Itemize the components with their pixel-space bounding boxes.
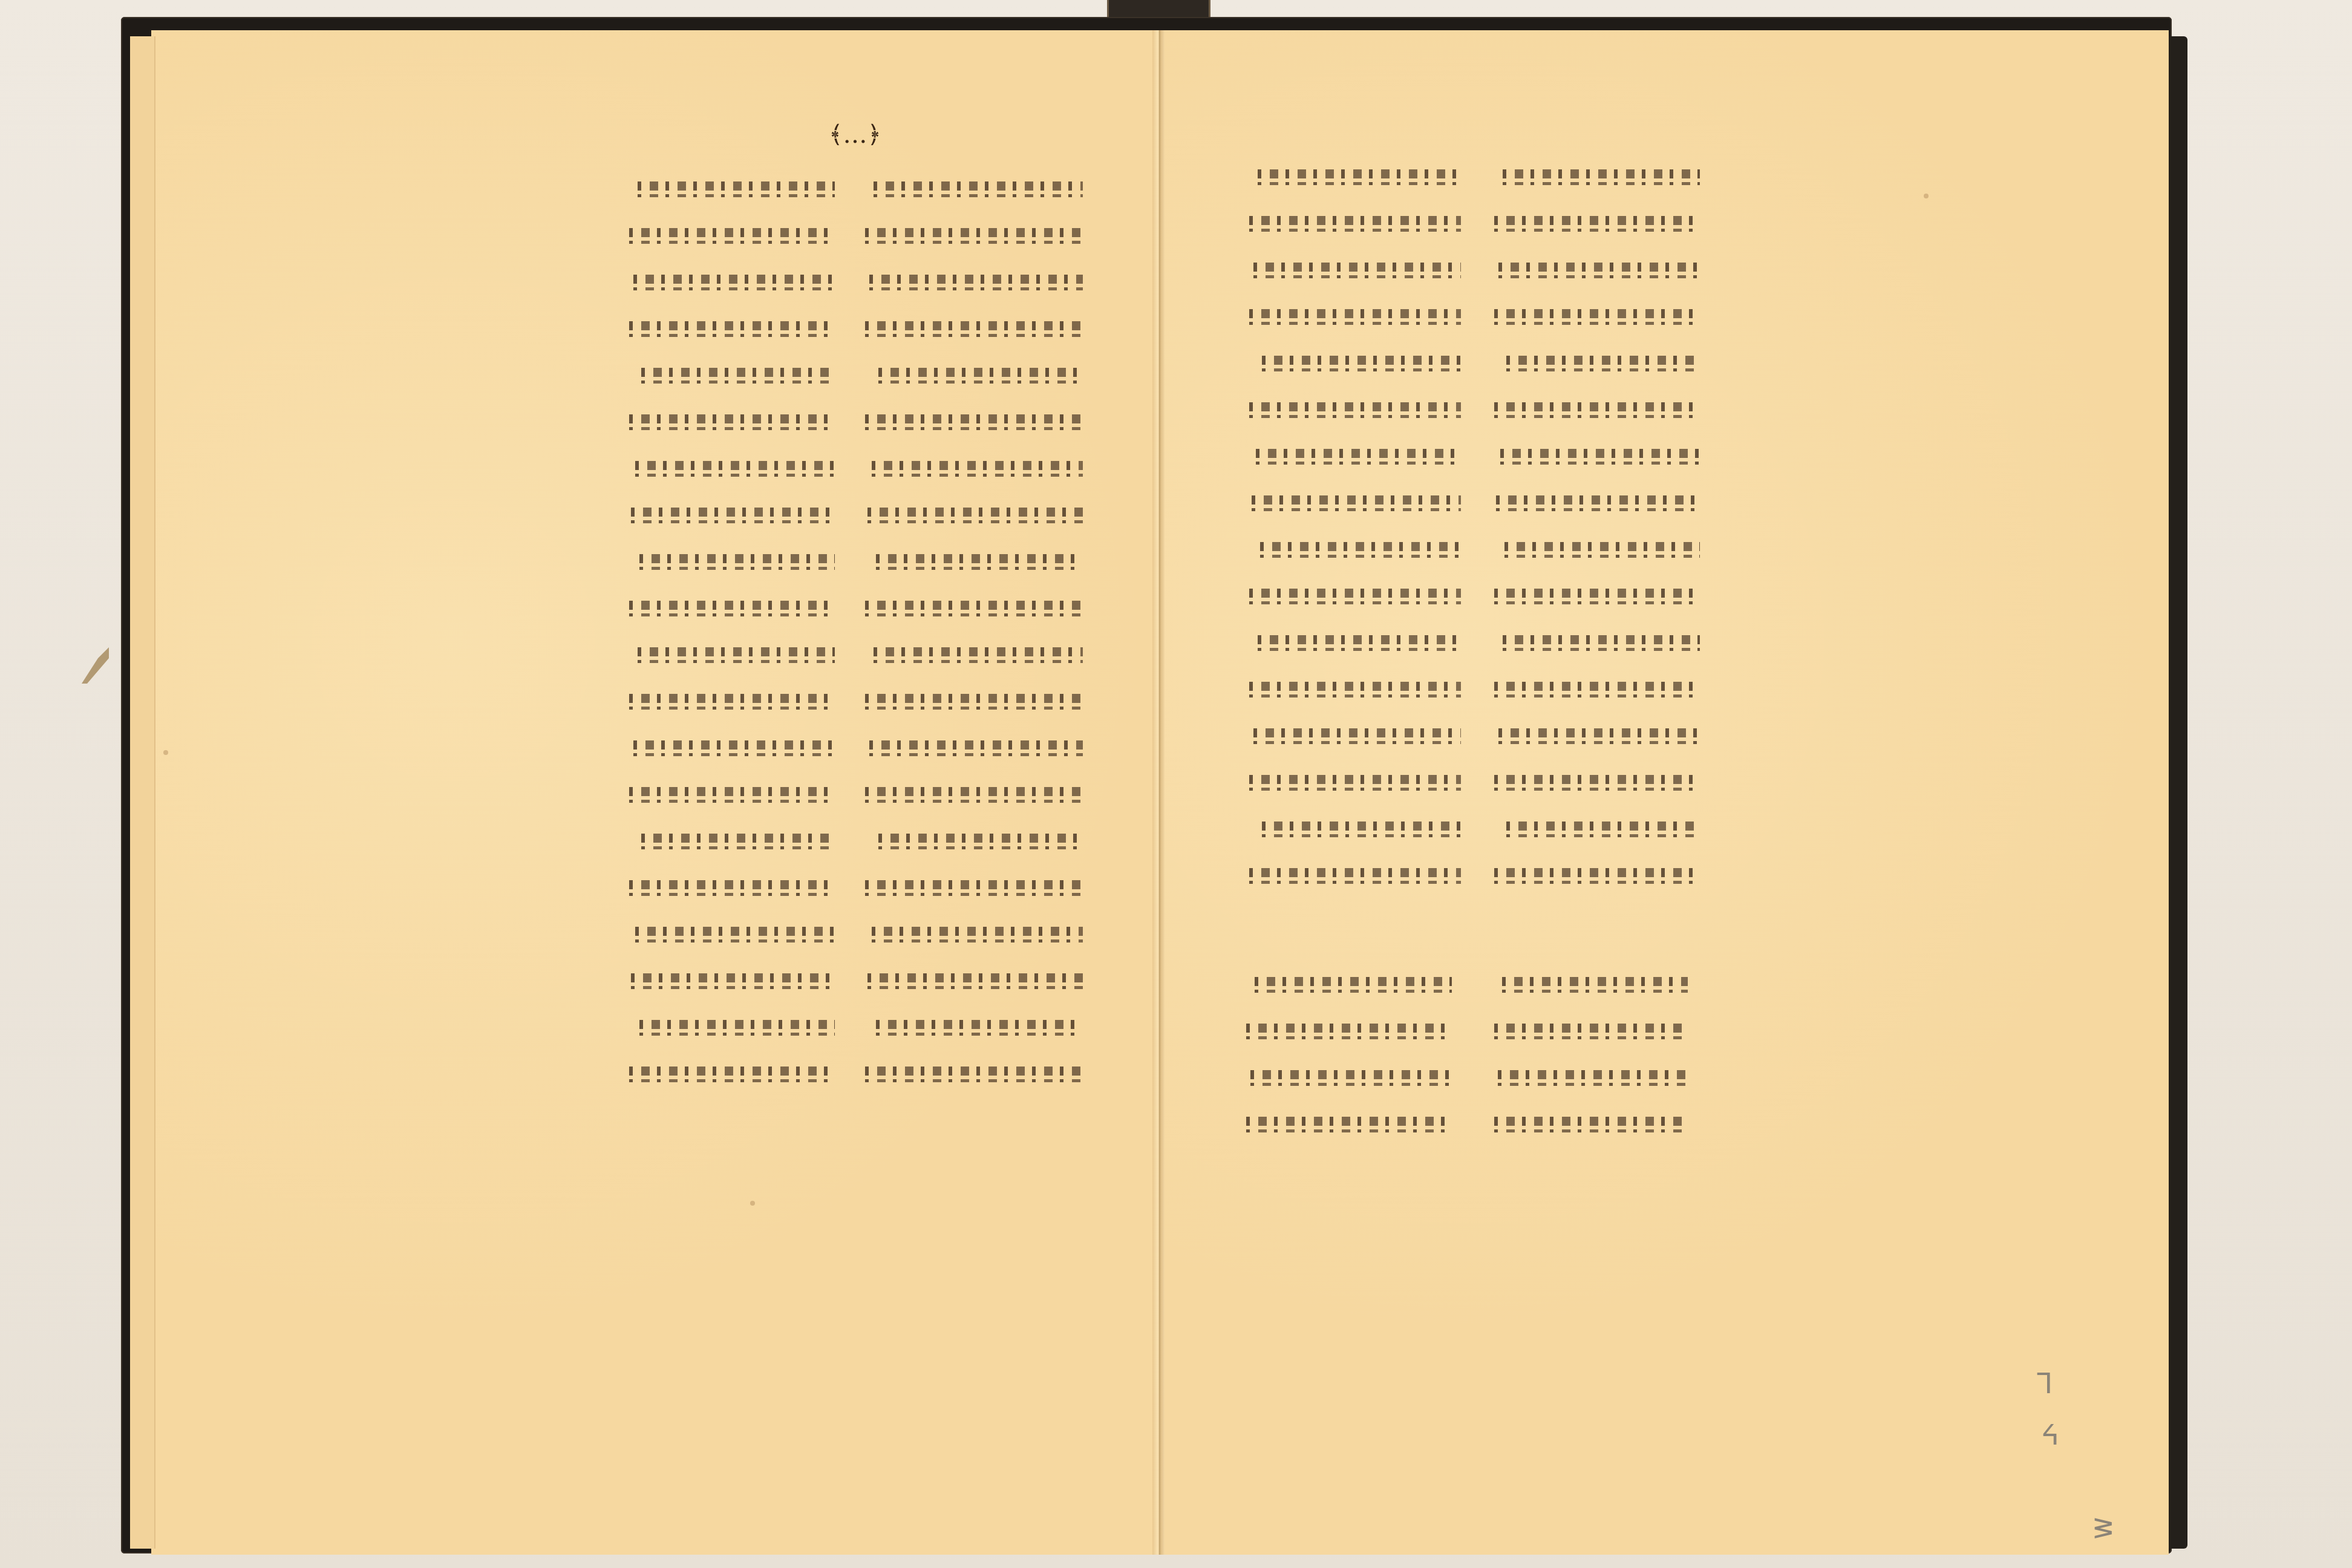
verse-line: [verse line 14] (865, 775, 1083, 815)
spine-gutter (1152, 30, 1165, 1555)
verse-line: [verse line 6] (1494, 390, 1700, 430)
verse-line: [verse line 1] (1246, 965, 1452, 1005)
verse-line: [verse line 5] (629, 356, 835, 396)
verse-line: [verse line 14] (1249, 763, 1461, 803)
verse-line: [verse line 19] (865, 1008, 1083, 1048)
right-page-right-column-stanza-2: [verse line 1][verse line 2][verse line … (1494, 965, 1688, 1151)
verse-line: [verse line 9] (629, 542, 835, 582)
verse-line: [verse line 8] (865, 495, 1083, 535)
verse-line: [verse line 3] (1494, 250, 1700, 290)
verse-line: [verse line 10] (1494, 577, 1700, 616)
verse-line: [verse line 7] (865, 449, 1083, 489)
verse-line: [verse line 4] (629, 309, 835, 349)
verse-line: [verse line 13] (865, 728, 1083, 768)
paper-speck (750, 1201, 755, 1206)
verse-line: [verse line 13] (629, 728, 835, 768)
verse-line: [verse line 9] (1249, 530, 1461, 570)
pencil-mark-2: ᔦ (2042, 1419, 2059, 1451)
verse-line: [verse line 6] (1249, 390, 1461, 430)
gutter-thread (1159, 30, 1160, 1555)
verse-line: [verse line 3] (865, 263, 1083, 302)
left-page-left-column: [verse line 1][verse line 2][verse line … (629, 169, 835, 1101)
cover-edge-right (2166, 36, 2187, 1549)
verse-line: [verse line 1] (1494, 157, 1700, 197)
verse-line: [verse line 20] (865, 1054, 1083, 1094)
verse-line: [verse line 16] (1494, 856, 1700, 896)
verse-line: [verse line 3] (1249, 250, 1461, 290)
verse-line: [verse line 17] (865, 915, 1083, 955)
verse-line: [verse line 1] (629, 169, 835, 209)
verse-line: [verse line 8] (1494, 483, 1700, 523)
verse-line: [verse line 2] (1249, 204, 1461, 244)
verse-line: [verse line 2] (865, 216, 1083, 256)
verse-line: [verse line 10] (629, 589, 835, 629)
verse-line: [verse line 3] (629, 263, 835, 302)
verse-line: [verse line 7] (1494, 437, 1700, 477)
verse-line: [verse line 14] (1494, 763, 1700, 803)
verse-line: [verse line 15] (1494, 809, 1700, 849)
verse-line: [verse line 7] (629, 449, 835, 489)
verse-line: [verse line 13] (1494, 716, 1700, 756)
verse-line: [verse line 13] (1249, 716, 1461, 756)
verse-line: [verse line 20] (629, 1054, 835, 1094)
verse-line: [verse line 2] (1246, 1011, 1452, 1051)
verse-line: [verse line 4] (1494, 1105, 1688, 1145)
verse-line: [verse line 10] (1249, 577, 1461, 616)
verse-line: [verse line 7] (1249, 437, 1461, 477)
verse-line: [verse line 8] (1249, 483, 1461, 523)
verse-line: [verse line 9] (1494, 530, 1700, 570)
verse-line: [verse line 11] (865, 635, 1083, 675)
page-stack-edge (130, 36, 155, 1549)
left-page-right-column: [verse line 1][verse line 2][verse line … (865, 169, 1083, 1101)
right-page-right-column-stanza-1: [verse line 1][verse line 2][verse line … (1494, 157, 1700, 903)
verse-line: [verse line 2] (1494, 204, 1700, 244)
right-page-left-column-stanza-1: [verse line 1][verse line 2][verse line … (1249, 157, 1461, 903)
verse-line: [verse line 1] (1494, 965, 1688, 1005)
verse-line: [verse line 8] (629, 495, 835, 535)
page-header-mark: ﴿…﴾ (829, 121, 881, 149)
paper-speck (1924, 194, 1929, 198)
verse-line: [verse line 15] (1249, 809, 1461, 849)
right-page-left-column-stanza-2: [verse line 1][verse line 2][verse line … (1246, 965, 1452, 1151)
verse-line: [verse line 11] (629, 635, 835, 675)
verse-line: [verse line 14] (629, 775, 835, 815)
verse-line: [verse line 5] (1494, 344, 1700, 384)
verse-line: [verse line 18] (865, 961, 1083, 1001)
verse-line: [verse line 4] (865, 309, 1083, 349)
verse-line: [verse line 4] (1494, 297, 1700, 337)
verse-line: [verse line 16] (1249, 856, 1461, 896)
verse-line: [verse line 12] (629, 682, 835, 722)
verse-line: [verse line 2] (629, 216, 835, 256)
verse-line: [verse line 15] (865, 822, 1083, 861)
verse-line: [verse line 5] (1249, 344, 1461, 384)
verse-line: [verse line 11] (1494, 623, 1700, 663)
verse-line: [verse line 10] (865, 589, 1083, 629)
verse-line: [verse line 6] (629, 402, 835, 442)
verse-line: [verse line 1] (1249, 157, 1461, 197)
verse-line: [verse line 4] (1249, 297, 1461, 337)
verse-line: [verse line 6] (865, 402, 1083, 442)
verse-line: [verse line 12] (865, 682, 1083, 722)
verse-line: [verse line 4] (1246, 1105, 1452, 1145)
verse-line: [verse line 3] (1246, 1058, 1452, 1098)
paper-speck (163, 750, 168, 755)
pencil-mark-3: ᕒ (2093, 1512, 2114, 1545)
verse-line: [verse line 2] (1494, 1011, 1688, 1051)
verse-line: [verse line 19] (629, 1008, 835, 1048)
verse-line: [verse line 12] (1494, 670, 1700, 710)
verse-line: [verse line 12] (1249, 670, 1461, 710)
verse-line: [verse line 16] (865, 868, 1083, 908)
verse-line: [verse line 1] (865, 169, 1083, 209)
pencil-mark-1: ᒣ (2036, 1367, 2053, 1400)
verse-line: [verse line 11] (1249, 623, 1461, 663)
verse-line: [verse line 3] (1494, 1058, 1688, 1098)
verse-line: [verse line 9] (865, 542, 1083, 582)
verse-line: [verse line 18] (629, 961, 835, 1001)
verse-line: [verse line 15] (629, 822, 835, 861)
verse-line: [verse line 5] (865, 356, 1083, 396)
verse-line: [verse line 16] (629, 868, 835, 908)
verse-line: [verse line 17] (629, 915, 835, 955)
